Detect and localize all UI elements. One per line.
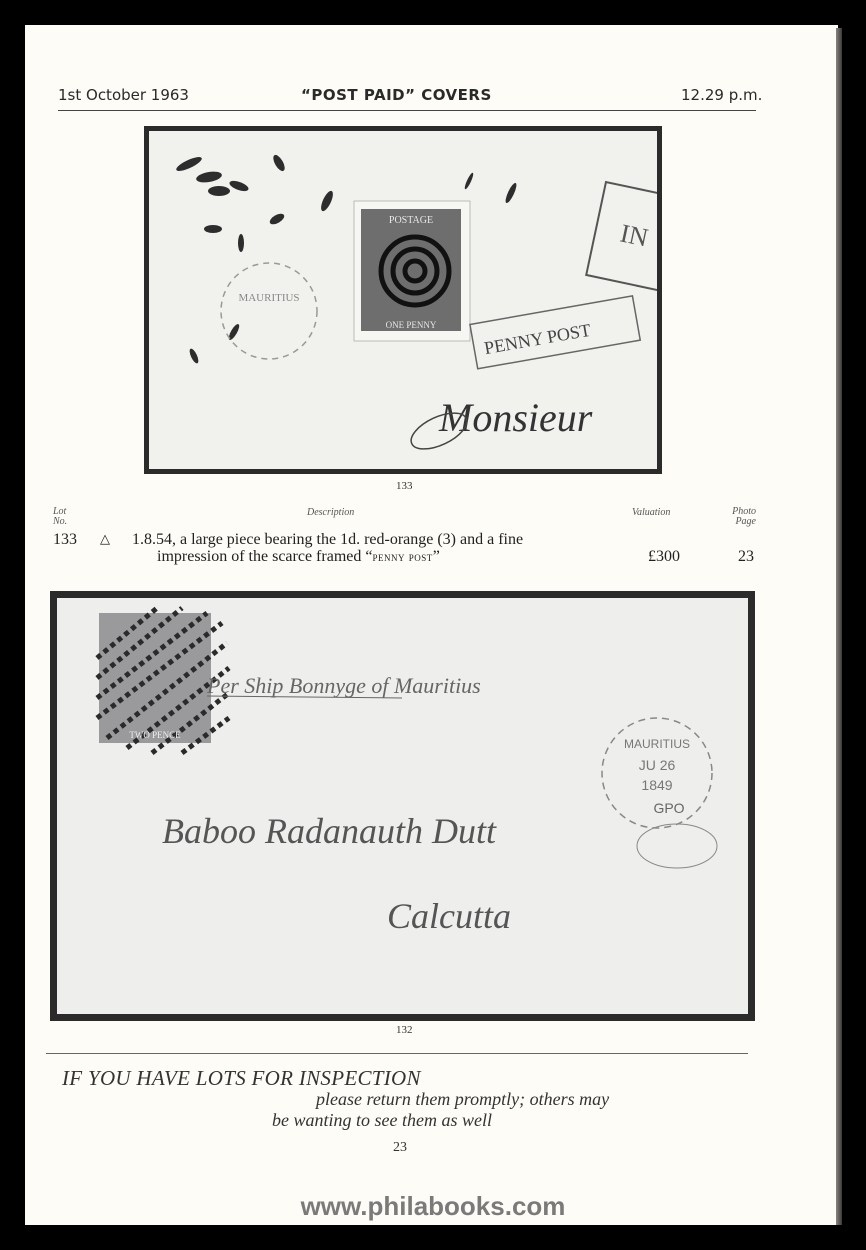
triangle-symbol-icon: △	[100, 531, 110, 547]
notice-line1: please return them promptly; others may	[316, 1089, 609, 1110]
lot-photo-page: 23	[738, 548, 754, 566]
stamp-top-text: POSTAGE	[389, 215, 433, 226]
col-header-description: Description	[307, 508, 354, 518]
footer-rule	[46, 1053, 748, 1054]
stamp-bottom-text: TWO PENCE	[129, 730, 181, 740]
col-header-lot-no: Lot No.	[53, 507, 67, 527]
page-edge-shadow	[836, 28, 842, 1225]
sale-time: 12.29 p.m.	[681, 86, 762, 104]
handwritten-city: Calcutta	[387, 896, 511, 936]
handwritten-ship-line: Per Ship Bonnyge of Mauritius	[206, 673, 481, 698]
header-rule	[58, 110, 756, 111]
postmark-line4: GPO	[653, 800, 684, 816]
lot-valuation: £300	[648, 548, 680, 566]
postmark-line3: 1849	[641, 777, 672, 793]
lot-number: 133	[53, 531, 77, 549]
watermark-url: www.philabooks.com	[0, 1191, 866, 1222]
notice-line2: be wanting to see them as well	[272, 1110, 609, 1131]
postmark-line2: JU 26	[639, 757, 676, 773]
lot-133-photo: MAURITIUS POSTAGE ONE PENNY PENNY POST I…	[144, 126, 662, 474]
cover-letter-image: TWO PENCE Per Ship Bonnyge of Mauritius …	[57, 598, 748, 1014]
postmark-line1: MAURITIUS	[624, 737, 690, 751]
photo-caption-133: 133	[396, 480, 413, 492]
notice-heading: IF YOU HAVE LOTS FOR INSPECTION	[62, 1066, 421, 1091]
col-header-photo-page: Photo Page	[722, 507, 756, 527]
desc-small-caps: penny post	[372, 549, 432, 564]
stamp-bottom-text: ONE PENNY	[386, 320, 437, 330]
desc-quote: ”	[433, 548, 440, 565]
col-header-no: No.	[53, 517, 67, 527]
section-title: “POST PAID” COVERS	[301, 86, 492, 104]
lot-132-photo: TWO PENCE Per Ship Bonnyge of Mauritius …	[50, 591, 755, 1021]
handwritten-addressee: Baboo Radanauth Dutt	[162, 811, 497, 851]
notice-body: please return them promptly; others may …	[316, 1089, 609, 1131]
col-header-valuation: Valuation	[632, 508, 670, 518]
col-header-page: Page	[722, 517, 756, 527]
cover-piece-image: MAURITIUS POSTAGE ONE PENNY PENNY POST I…	[149, 131, 657, 469]
lot-description-line1: 1.8.54, a large piece bearing the 1d. re…	[132, 531, 523, 549]
sale-date: 1st October 1963	[58, 86, 189, 104]
lot-description-line2: impression of the scarce framed “penny p…	[157, 548, 440, 566]
photo-caption-132: 132	[396, 1024, 413, 1036]
page-number: 23	[393, 1140, 407, 1156]
desc-text: impression of the scarce framed “	[157, 548, 372, 565]
postmark-text: MAURITIUS	[238, 292, 299, 304]
